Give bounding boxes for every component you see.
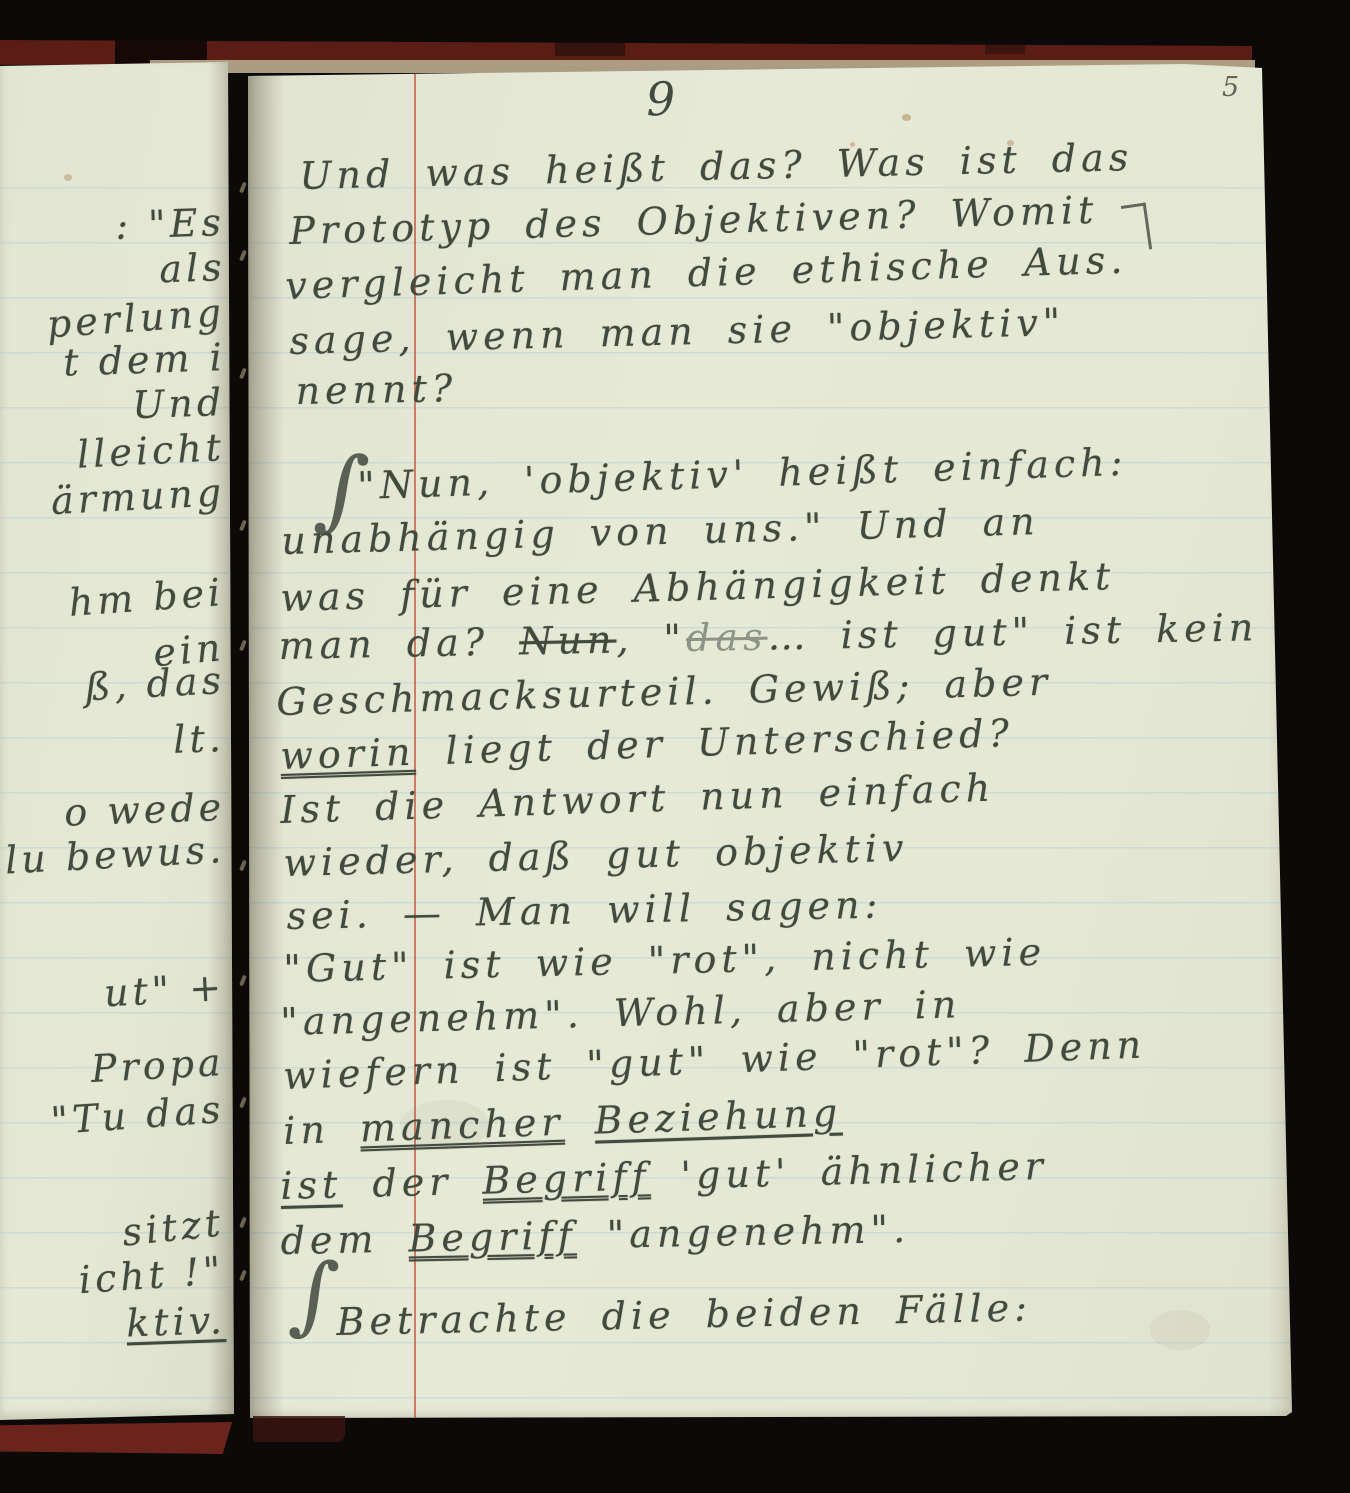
handwritten-text: worin [280, 730, 417, 778]
handwritten-text: in [283, 1106, 361, 1153]
handwritten-line: Und was heißt das? Was ist das [299, 135, 1134, 198]
handwritten-line: unabhängig von uns." Und an [281, 499, 1040, 563]
handwritten-text: man da? [278, 619, 519, 668]
handwritten-text: Begriff [408, 1213, 577, 1260]
photo-background: 9 5 : "Esalsperlungt dem iUndlleichtärmu… [0, 0, 1350, 1493]
handwritten-text: Betrachte die beiden Fälle: [336, 1285, 1032, 1344]
handwritten-text: sage, wenn man sie "objektiv" [289, 300, 1066, 363]
handwritten-text: Beziehung [594, 1090, 843, 1142]
handwritten-text: mancher [359, 1100, 565, 1151]
handwritten-text: nennt? [295, 366, 457, 413]
handwritten-text: "Nun, 'objektiv' heißt einfach: [357, 440, 1128, 508]
handwritten-text: der [342, 1159, 483, 1207]
handwritten-text: liegt der Unterschied? [415, 711, 1015, 774]
handwritten-text: "Gut" ist wie "rot", nicht wie [283, 930, 1047, 991]
handwritten-line: Betrachte die beiden Fälle: [336, 1285, 1032, 1344]
handwritten-text: Ist die Antwort nun einfach [280, 766, 996, 832]
handwritten-text: Nun [519, 618, 617, 664]
handwritten-text: 'gut' ähnlicher [650, 1144, 1048, 1198]
handwritten-line: wieder, daß gut objektiv [283, 826, 909, 885]
handwritten-text: , " [616, 616, 686, 661]
handwritten-line: "Gut" ist wie "rot", nicht wie [283, 930, 1047, 991]
handwritten-line: "Nun, 'objektiv' heißt einfach: [357, 440, 1128, 508]
insertion-mark [1121, 202, 1152, 252]
handwritten-text: wieder, daß gut objektiv [283, 826, 909, 885]
handwritten-text: Und was heißt das? Was ist das [299, 135, 1134, 198]
handwritten-text: Begriff [482, 1154, 651, 1202]
handwritten-line: dem Begriff "angenehm". [280, 1207, 910, 1263]
handwritten-line: in mancher Beziehung [283, 1090, 843, 1153]
handwritten-line: nennt? [295, 366, 457, 413]
handwritten-text: sei. — Man will sagen: [286, 883, 883, 938]
handwritten-line: Ist die Antwort nun einfach [280, 766, 996, 832]
handwritten-text: das [686, 615, 768, 661]
handwriting-layer: Und was heißt das? Was ist dasPrototyp d… [0, 0, 1350, 1493]
handwritten-text: … ist gut" ist kein [767, 605, 1259, 658]
section-mark: ∫ [287, 1248, 342, 1340]
handwritten-text [564, 1099, 596, 1144]
handwritten-text: ist [280, 1162, 343, 1208]
handwritten-text: "angenehm". [576, 1207, 910, 1257]
handwritten-line: ist der Begriff 'gut' ähnlicher [280, 1144, 1049, 1208]
handwritten-line: sei. — Man will sagen: [286, 883, 883, 938]
handwritten-line: sage, wenn man sie "objektiv" [289, 300, 1066, 363]
handwritten-text: unabhängig von uns." Und an [281, 499, 1040, 563]
